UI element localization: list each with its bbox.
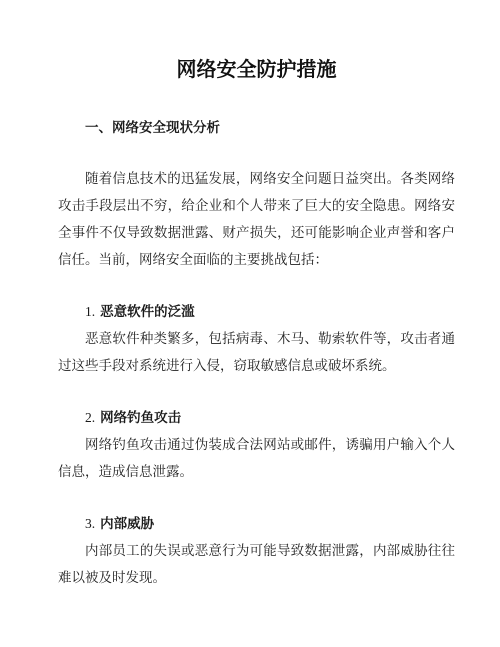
item-number: 3. xyxy=(85,516,95,531)
list-item-insider-threat: 3.内部威胁 内部员工的失误或恶意行为可能导致数据泄露，内部威胁往往难以被及时发… xyxy=(58,510,455,591)
item-title: 恶意软件的泛滥 xyxy=(100,304,195,319)
item-title: 网络钓鱼攻击 xyxy=(100,410,181,425)
item-heading: 3.内部威胁 xyxy=(58,510,455,537)
item-body: 恶意软件种类繁多，包括病毒、木马、勒索软件等，攻击者通过这些手段对系统进行入侵，… xyxy=(58,325,455,379)
intro-paragraph: 随着信息技术的迅猛发展，网络安全问题日益突出。各类网络攻击手段层出不穷，给企业和… xyxy=(58,165,455,273)
item-number: 2. xyxy=(85,410,95,425)
document-title: 网络安全防护措施 xyxy=(58,58,455,82)
list-item-malware: 1.恶意软件的泛滥 恶意软件种类繁多，包括病毒、木马、勒索软件等，攻击者通过这些… xyxy=(58,298,455,379)
item-heading: 2.网络钓鱼攻击 xyxy=(58,404,455,431)
item-heading: 1.恶意软件的泛滥 xyxy=(58,298,455,325)
document-content: 网络安全防护措施 一、网络安全现状分析 随着信息技术的迅猛发展，网络安全问题日益… xyxy=(0,0,500,591)
document-page: 网络安全防护措施 一、网络安全现状分析 随着信息技术的迅猛发展，网络安全问题日益… xyxy=(0,0,500,647)
section-heading: 一、网络安全现状分析 xyxy=(58,119,455,137)
item-body: 网络钓鱼攻击通过伪装成合法网站或邮件，诱骗用户输入个人信息，造成信息泄露。 xyxy=(58,431,455,485)
list-item-phishing: 2.网络钓鱼攻击 网络钓鱼攻击通过伪装成合法网站或邮件，诱骗用户输入个人信息，造… xyxy=(58,404,455,485)
item-number: 1. xyxy=(85,304,95,319)
item-body: 内部员工的失误或恶意行为可能导致数据泄露，内部威胁往往难以被及时发现。 xyxy=(58,537,455,591)
item-title: 内部威胁 xyxy=(100,516,154,531)
